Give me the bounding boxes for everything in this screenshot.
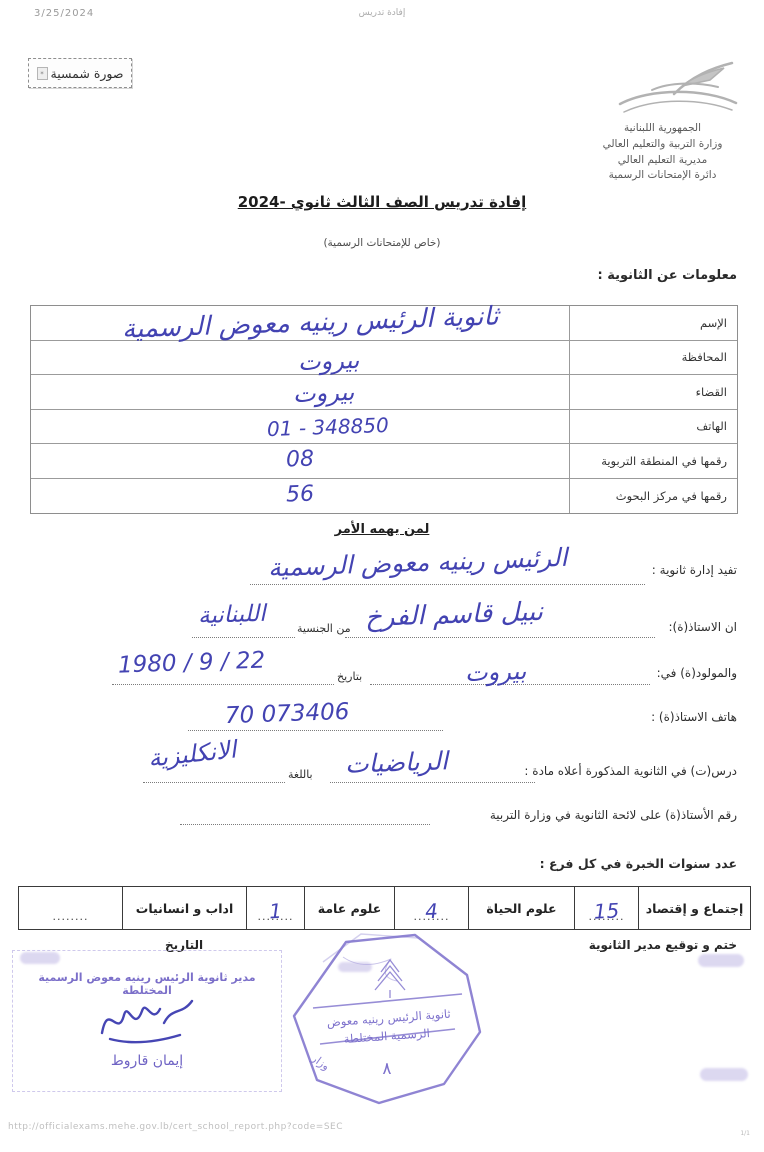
- school-info-heading: معلومات عن الثانوية :: [597, 268, 737, 283]
- stamp-smudge: [698, 954, 744, 967]
- experience-branch-value: ........ 15: [574, 887, 638, 929]
- table-row: الهاتف 01 - 348850: [31, 410, 737, 445]
- document-subtitle: (خاص للإمتحانات الرسمية): [0, 237, 764, 249]
- handwritten-teacher-phone: 70 073406: [225, 699, 350, 729]
- row-value: 08: [31, 444, 569, 478]
- row-value: 56: [31, 479, 569, 514]
- stamp-school-line2: الرسمية المختلطة: [343, 1026, 430, 1047]
- experience-branch-value: ........ 1: [246, 887, 304, 929]
- principal-signature-icon: [88, 989, 208, 1051]
- row-value: بيروت: [31, 341, 569, 375]
- photo-placeholder-label: صورة شمسية: [51, 66, 124, 81]
- experience-branch-label: إجتماع و إقتصاد: [638, 887, 750, 929]
- table-row: رقمها في مركز البحوث 56: [31, 479, 737, 514]
- experience-heading: عدد سنوات الخبرة في كل فرع :: [540, 856, 737, 871]
- experience-table: إجتماع و إقتصاد ........ 15 علوم الحياة …: [18, 886, 751, 930]
- row-label: القضاء: [569, 375, 737, 409]
- document-title: إفادة تدريس الصف الثالث ثانوي -2024: [0, 192, 764, 211]
- concern-heading-text: لمن يهمه الأمر: [335, 522, 430, 537]
- table-row: القضاء بيروت: [31, 375, 737, 410]
- experience-branch-value: ........ 4: [394, 887, 468, 929]
- ministry-line: وزارة التربية والتعليم العالي: [565, 137, 760, 153]
- stamp-school-line1: ثانوية الرئيس رينيه معوض: [326, 1007, 451, 1031]
- row-value: ثانوية الرئيس رينيه معوض الرسمية: [31, 306, 569, 340]
- dotted-line: [112, 684, 334, 685]
- experience-branch-label: علوم الحياة: [468, 887, 574, 929]
- experience-branch-label: اداب و انسانيات: [122, 887, 246, 929]
- official-octagon-stamp: ثانوية الرئيس رينيه معوض الرسمية المختلط…: [283, 932, 493, 1112]
- footer-url: http://officialexams.mehe.gov.lb/cert_sc…: [8, 1122, 343, 1132]
- document-title-text: إفادة تدريس الصف الثالث ثانوي -2024: [238, 193, 527, 211]
- broken-image-icon: ✶: [37, 67, 48, 80]
- dotted-line: [345, 637, 655, 638]
- roster-label: رقم الأستاذ(ة) على لائحة الثانوية في وزا…: [490, 808, 737, 822]
- handwritten-years: 15: [574, 897, 638, 924]
- print-date: 3/25/2024: [34, 8, 94, 19]
- row-value: 01 - 348850: [31, 410, 569, 444]
- row-label: المحافظة: [569, 341, 737, 375]
- dotted-line: [180, 824, 430, 825]
- row-label: رقمها في المنطقة التربوية: [569, 444, 737, 478]
- handwritten-birth-date: 1980 / 9 / 22: [118, 647, 266, 678]
- handwritten-school-name: ثانوية الرئيس رينيه معوض الرسمية: [122, 301, 499, 344]
- language-label: باللغة: [288, 768, 313, 781]
- school-info-table: الإسم ثانوية الرئيس رينيه معوض الرسمية ا…: [30, 305, 738, 514]
- ministry-header: الجمهورية اللبنانية وزارة التربية والتعل…: [565, 121, 760, 184]
- ministry-line: مديرية التعليم العالي: [565, 153, 760, 169]
- handwritten-years: 4: [394, 897, 468, 925]
- nationality-label: من الجنسية: [297, 622, 351, 635]
- stamp-smudge: [20, 952, 60, 964]
- handwritten-governorate: بيروت: [297, 345, 359, 375]
- born-date-label: بتاريخ: [337, 670, 362, 683]
- experience-branch-value: ........: [19, 887, 122, 929]
- ministry-line: دائرة الإمتحانات الرسمية: [565, 168, 760, 184]
- handwritten-subject: الرياضيات: [345, 746, 449, 779]
- handwritten-birth-place: بيروت: [465, 657, 527, 687]
- ministry-line: الجمهورية اللبنانية: [565, 121, 760, 137]
- print-doc-label: إفادة تدريس: [359, 8, 406, 18]
- table-row: الإسم ثانوية الرئيس رينيه معوض الرسمية: [31, 306, 737, 341]
- handwritten-school-admin: الرئيس رينيه معوض الرسمية: [268, 543, 568, 582]
- handwritten-district: بيروت: [292, 378, 354, 408]
- handwritten-years: 1: [246, 898, 304, 925]
- page-indicator: 1/1: [740, 1130, 750, 1137]
- handwritten-language: الانكليزية: [147, 735, 238, 772]
- dotted-line: [250, 584, 645, 585]
- handwritten-research-number: 56: [286, 481, 315, 507]
- handwritten-nationality: اللبنانية: [198, 601, 266, 629]
- handwritten-region-number: 08: [286, 447, 315, 473]
- row-value: بيروت: [31, 375, 569, 409]
- ministry-logo-icon: [612, 60, 742, 122]
- dotted-line: [330, 782, 535, 783]
- principal-stamp-label: ختم و توقيع مدير الثانوية: [589, 938, 737, 952]
- subject-label: درس(ت) في الثانوية المذكورة أعلاه مادة :: [524, 764, 737, 778]
- stamp-smudge: [700, 1068, 748, 1081]
- teacher-phone-label: هاتف الاستاذ(ة) :: [651, 710, 737, 724]
- row-label: الهاتف: [569, 410, 737, 444]
- photo-placeholder: ✶ صورة شمسية: [28, 58, 132, 88]
- dotted-line: [143, 782, 285, 783]
- born-label: والمولود(ة) في:: [657, 666, 737, 680]
- dotted-line: [188, 730, 443, 731]
- handwritten-phone: 01 - 348850: [267, 412, 389, 440]
- school-admin-label: تفيد إدارة ثانوية :: [652, 563, 737, 577]
- table-row: المحافظة بيروت: [31, 341, 737, 376]
- principal-name: إيمان قاروط: [13, 1053, 281, 1069]
- row-label: رقمها في مركز البحوث: [569, 479, 737, 514]
- table-row: رقمها في المنطقة التربوية 08: [31, 444, 737, 479]
- principal-stamp-box: مدير ثانوية الرئيس رينيه معوض الرسمية ال…: [12, 950, 282, 1092]
- stamp-number: ٨: [382, 1059, 391, 1079]
- dotted-line: [192, 637, 295, 638]
- row-label: الإسم: [569, 306, 737, 340]
- teacher-label: ان الاستاذ(ة):: [668, 620, 737, 634]
- concern-heading: لمن يهمه الأمر: [0, 518, 764, 537]
- handwritten-teacher-name: نبيل قاسم الفرخ: [365, 597, 544, 633]
- stamp-smudge: [338, 962, 372, 972]
- experience-branch-label: علوم عامة: [304, 887, 394, 929]
